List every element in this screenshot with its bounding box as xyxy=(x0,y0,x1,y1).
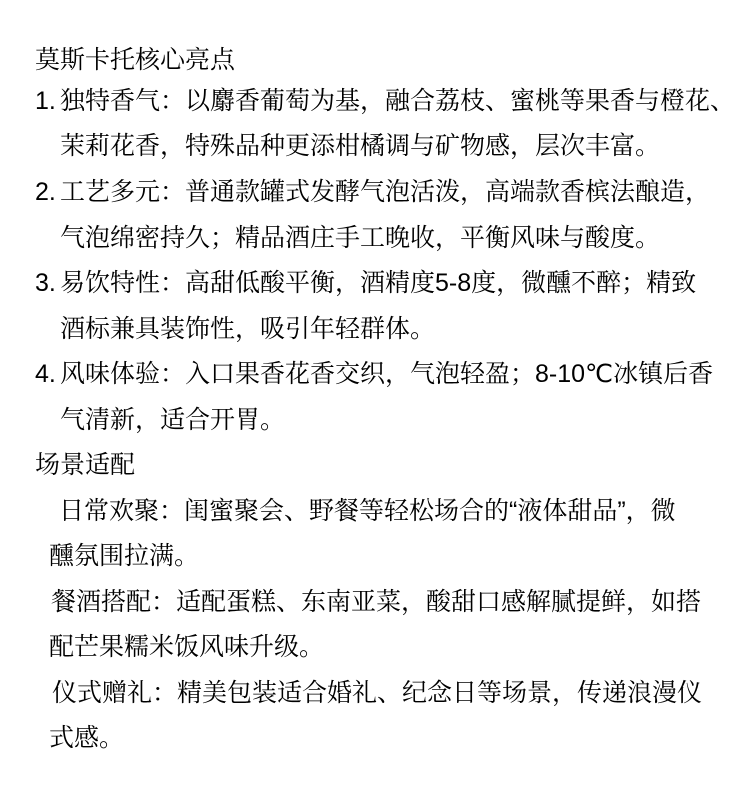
highlight-item-2-line-2: 气泡绵密持久；精品酒庄手工晚收，平衡风味与酸度。 xyxy=(60,226,660,251)
highlight-item-1-line-2: 茉莉花香，特殊品种更添柑橘调与矿物感，层次丰富。 xyxy=(60,134,660,159)
highlight-item-2-text: 工艺多元：普通款罐式发酵气泡活泼，高端款香槟法酿造， xyxy=(60,178,710,206)
list-number-1: 1. xyxy=(35,89,60,114)
list-number-3: 3. xyxy=(35,271,60,296)
highlight-item-3-text: 易饮特性：高甜低酸平衡，酒精度5-8度，微醺不醉；精致 xyxy=(60,269,696,297)
scene-pairing-line-1: 餐酒搭配：适配蛋糕、东南亚菜，酸甜口感解腻提鲜，如搭 xyxy=(51,590,701,615)
highlight-item-2-line-1: 2.工艺多元：普通款罐式发酵气泡活泼，高端款香槟法酿造， xyxy=(35,180,710,205)
highlight-item-3-line-1: 3.易饮特性：高甜低酸平衡，酒精度5-8度，微醺不醉；精致 xyxy=(35,271,696,296)
list-number-4: 4. xyxy=(35,362,60,387)
section-title-scenes: 场景适配 xyxy=(35,453,135,478)
highlight-item-4-line-1: 4.风味体验：入口果香花香交织，气泡轻盈；8-10℃冰镇后香 xyxy=(35,362,713,387)
scene-daily-line-2: 醺氛围拉满。 xyxy=(49,544,199,569)
document-page: 莫斯卡托核心亮点 1.独特香气：以麝香葡萄为基，融合荔枝、蜜桃等果香与橙花、 茉… xyxy=(0,0,750,800)
scene-gift-line-2: 式感。 xyxy=(49,726,124,751)
list-number-2: 2. xyxy=(35,180,60,205)
highlight-item-1-line-1: 1.独特香气：以麝香葡萄为基，融合荔枝、蜜桃等果香与橙花、 xyxy=(35,89,735,114)
highlight-item-3-line-2: 酒标兼具装饰性，吸引年轻群体。 xyxy=(60,317,435,342)
scene-gift-line-1: 仪式赠礼：精美包装适合婚礼、纪念日等场景，传递浪漫仪 xyxy=(52,681,702,706)
scene-pairing-line-2: 配芒果糯米饭风味升级。 xyxy=(49,635,324,660)
highlight-item-1-text: 独特香气：以麝香葡萄为基，融合荔枝、蜜桃等果香与橙花、 xyxy=(60,87,735,115)
highlight-item-4-line-2: 气清新，适合开胃。 xyxy=(60,408,285,433)
highlight-item-4-text: 风味体验：入口果香花香交织，气泡轻盈；8-10℃冰镇后香 xyxy=(60,360,713,388)
doc-title: 莫斯卡托核心亮点 xyxy=(35,48,235,73)
scene-daily-line-1: 日常欢聚：闺蜜聚会、野餐等轻松场合的“液体甜品”，微 xyxy=(59,499,676,524)
